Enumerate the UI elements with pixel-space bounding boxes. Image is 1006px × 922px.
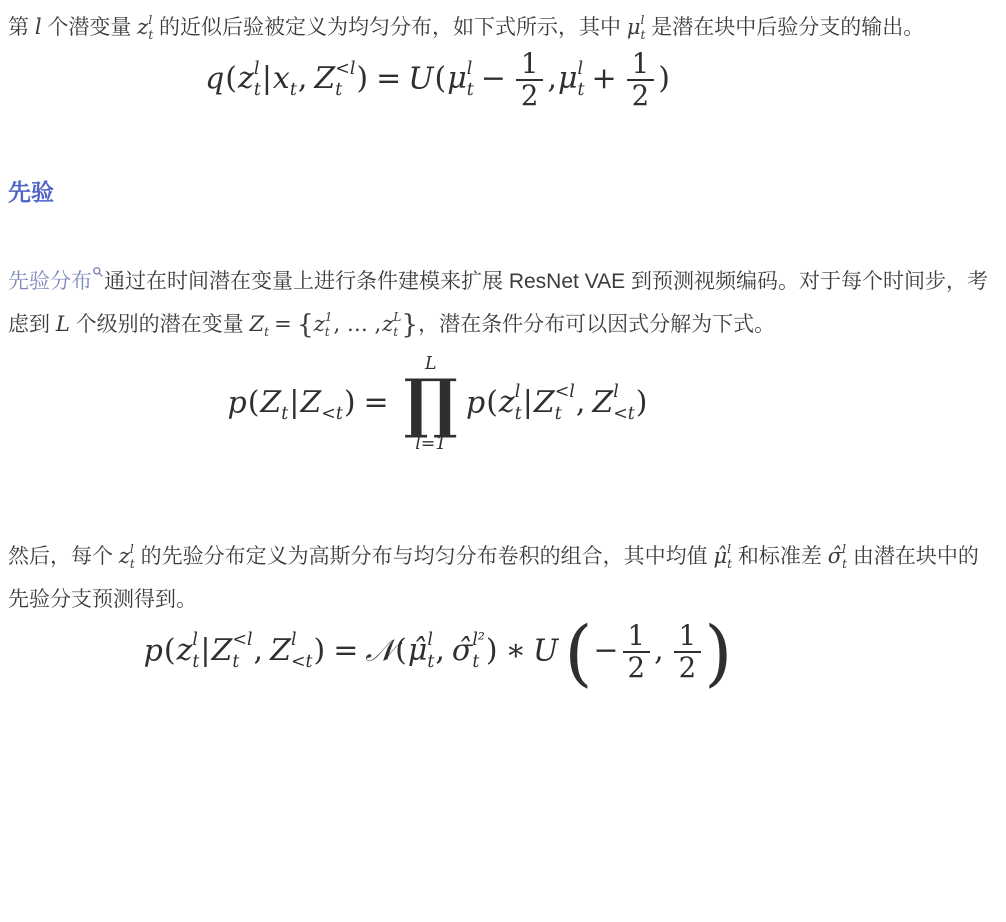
- paragraph-prior-distribution: 先验分布通过在时间潜在变量上进行条件建模来扩展 ResNet VAE 到预测视频…: [8, 253, 996, 354]
- formula-posterior-uniform: q(zlt|xt, Z<lt) = U(μlt − 12,μlt + 12): [8, 49, 868, 112]
- formula-block-prior: p(zlt|Z<lt, Zl<t) = 𝒩(μ̂lt, σ̂l²t) ∗ U (…: [8, 621, 868, 684]
- formula-latent-factorization: p(Zt|Z<t) = L∏l=1p(zlt|Z<lt, Zl<t): [8, 354, 868, 455]
- formula-block-factorization: p(Zt|Z<t) = L∏l=1p(zlt|Z<lt, Zl<t): [8, 354, 868, 455]
- formula-block-posterior: q(zlt|xt, Z<lt) = U(μlt − 12,μlt + 12): [8, 49, 868, 112]
- prior-distribution-link[interactable]: 先验分布: [8, 270, 92, 293]
- paragraph-approx-posterior: 第 l 个潜变量 zlt 的近似后验被定义为均匀分布，如下式所示，其中 μlt …: [8, 6, 996, 49]
- search-icon[interactable]: [92, 264, 104, 284]
- paragraph-prior-definition: 然后，每个 zlt 的先验分布定义为高斯分布与均匀分布卷积的组合，其中均值 μ̂…: [8, 535, 996, 621]
- formula-gaussian-uniform-convolution: p(zlt|Z<lt, Zl<t) = 𝒩(μ̂lt, σ̂l²t) ∗ U (…: [8, 621, 868, 684]
- section-heading-prior: 先验: [8, 174, 996, 207]
